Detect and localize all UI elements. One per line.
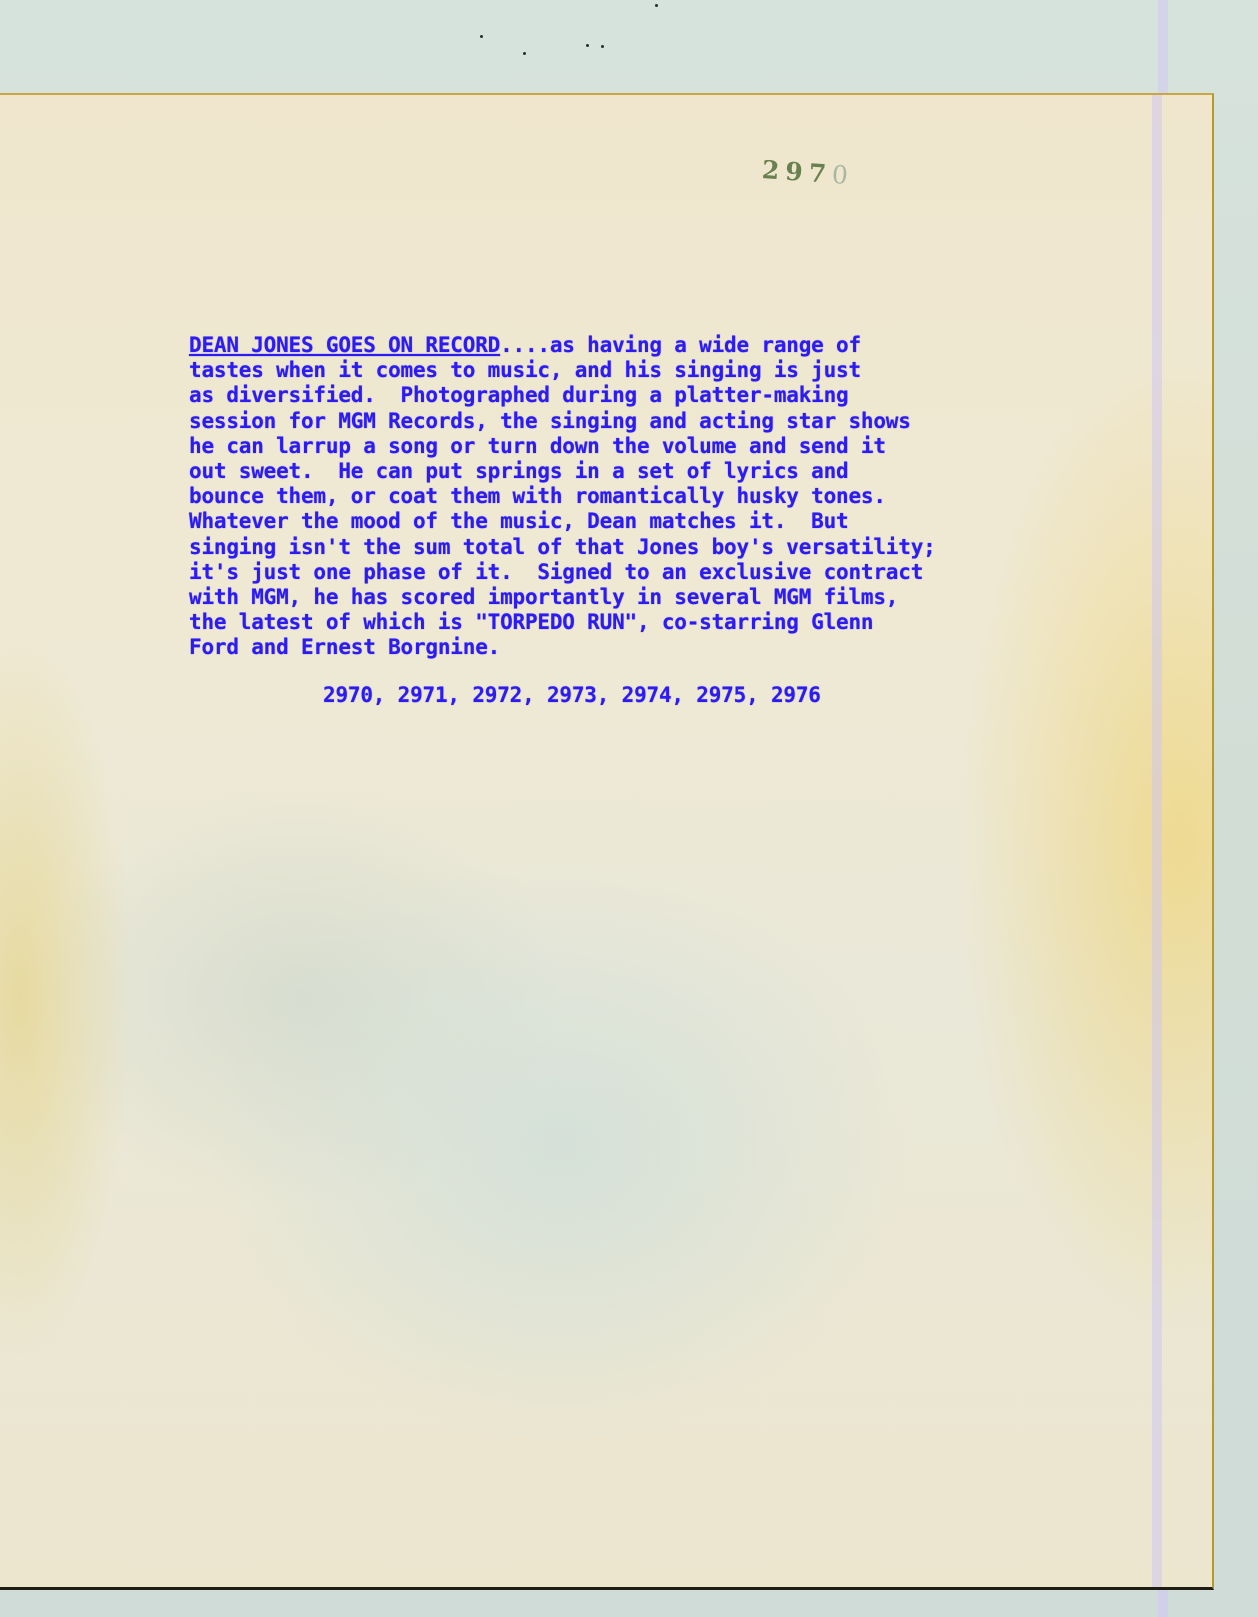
caption-line: bounce them, or coat them with romantica…	[189, 484, 1089, 509]
dust-speck	[655, 4, 658, 7]
caption-line: it's just one phase of it. Signed to an …	[189, 560, 1089, 585]
caption-line: out sweet. He can put springs in a set o…	[189, 459, 1089, 484]
caption-line: session for MGM Records, the singing and…	[189, 409, 1089, 434]
dust-speck	[480, 35, 483, 38]
photo-number-list: 2970, 2971, 2972, 2973, 2974, 2975, 2976	[323, 683, 821, 707]
stamp-faded-digit: 0	[831, 160, 855, 190]
stamped-photo-number: 2970	[761, 155, 855, 190]
scan-artifact-stripe	[1152, 95, 1162, 1587]
caption-line-text: ....as having a wide range of	[500, 333, 861, 357]
caption-line: he can larrup a song or turn down the vo…	[189, 434, 1089, 459]
caption-line: Ford and Ernest Borgnine.	[189, 635, 1089, 660]
caption-line: Whatever the mood of the music, Dean mat…	[189, 509, 1089, 534]
caption-line: singing isn't the sum total of that Jone…	[189, 535, 1089, 560]
stamp-digits: 297	[761, 155, 833, 189]
caption-line: the latest of which is "TORPEDO RUN", co…	[189, 610, 1089, 635]
caption-text: DEAN JONES GOES ON RECORD....as having a…	[189, 333, 1089, 661]
caption-line: as diversified. Photographed during a pl…	[189, 383, 1089, 408]
caption-headline: DEAN JONES GOES ON RECORD	[189, 333, 500, 357]
caption-line: tastes when it comes to music, and his s…	[189, 358, 1089, 383]
dust-speck	[586, 44, 589, 47]
caption-line: DEAN JONES GOES ON RECORD....as having a…	[189, 333, 1089, 358]
caption-sheet: 2970 DEAN JONES GOES ON RECORD....as hav…	[0, 93, 1214, 1590]
dust-speck	[601, 45, 604, 48]
dust-speck	[523, 52, 526, 55]
caption-line: with MGM, he has scored importantly in s…	[189, 585, 1089, 610]
